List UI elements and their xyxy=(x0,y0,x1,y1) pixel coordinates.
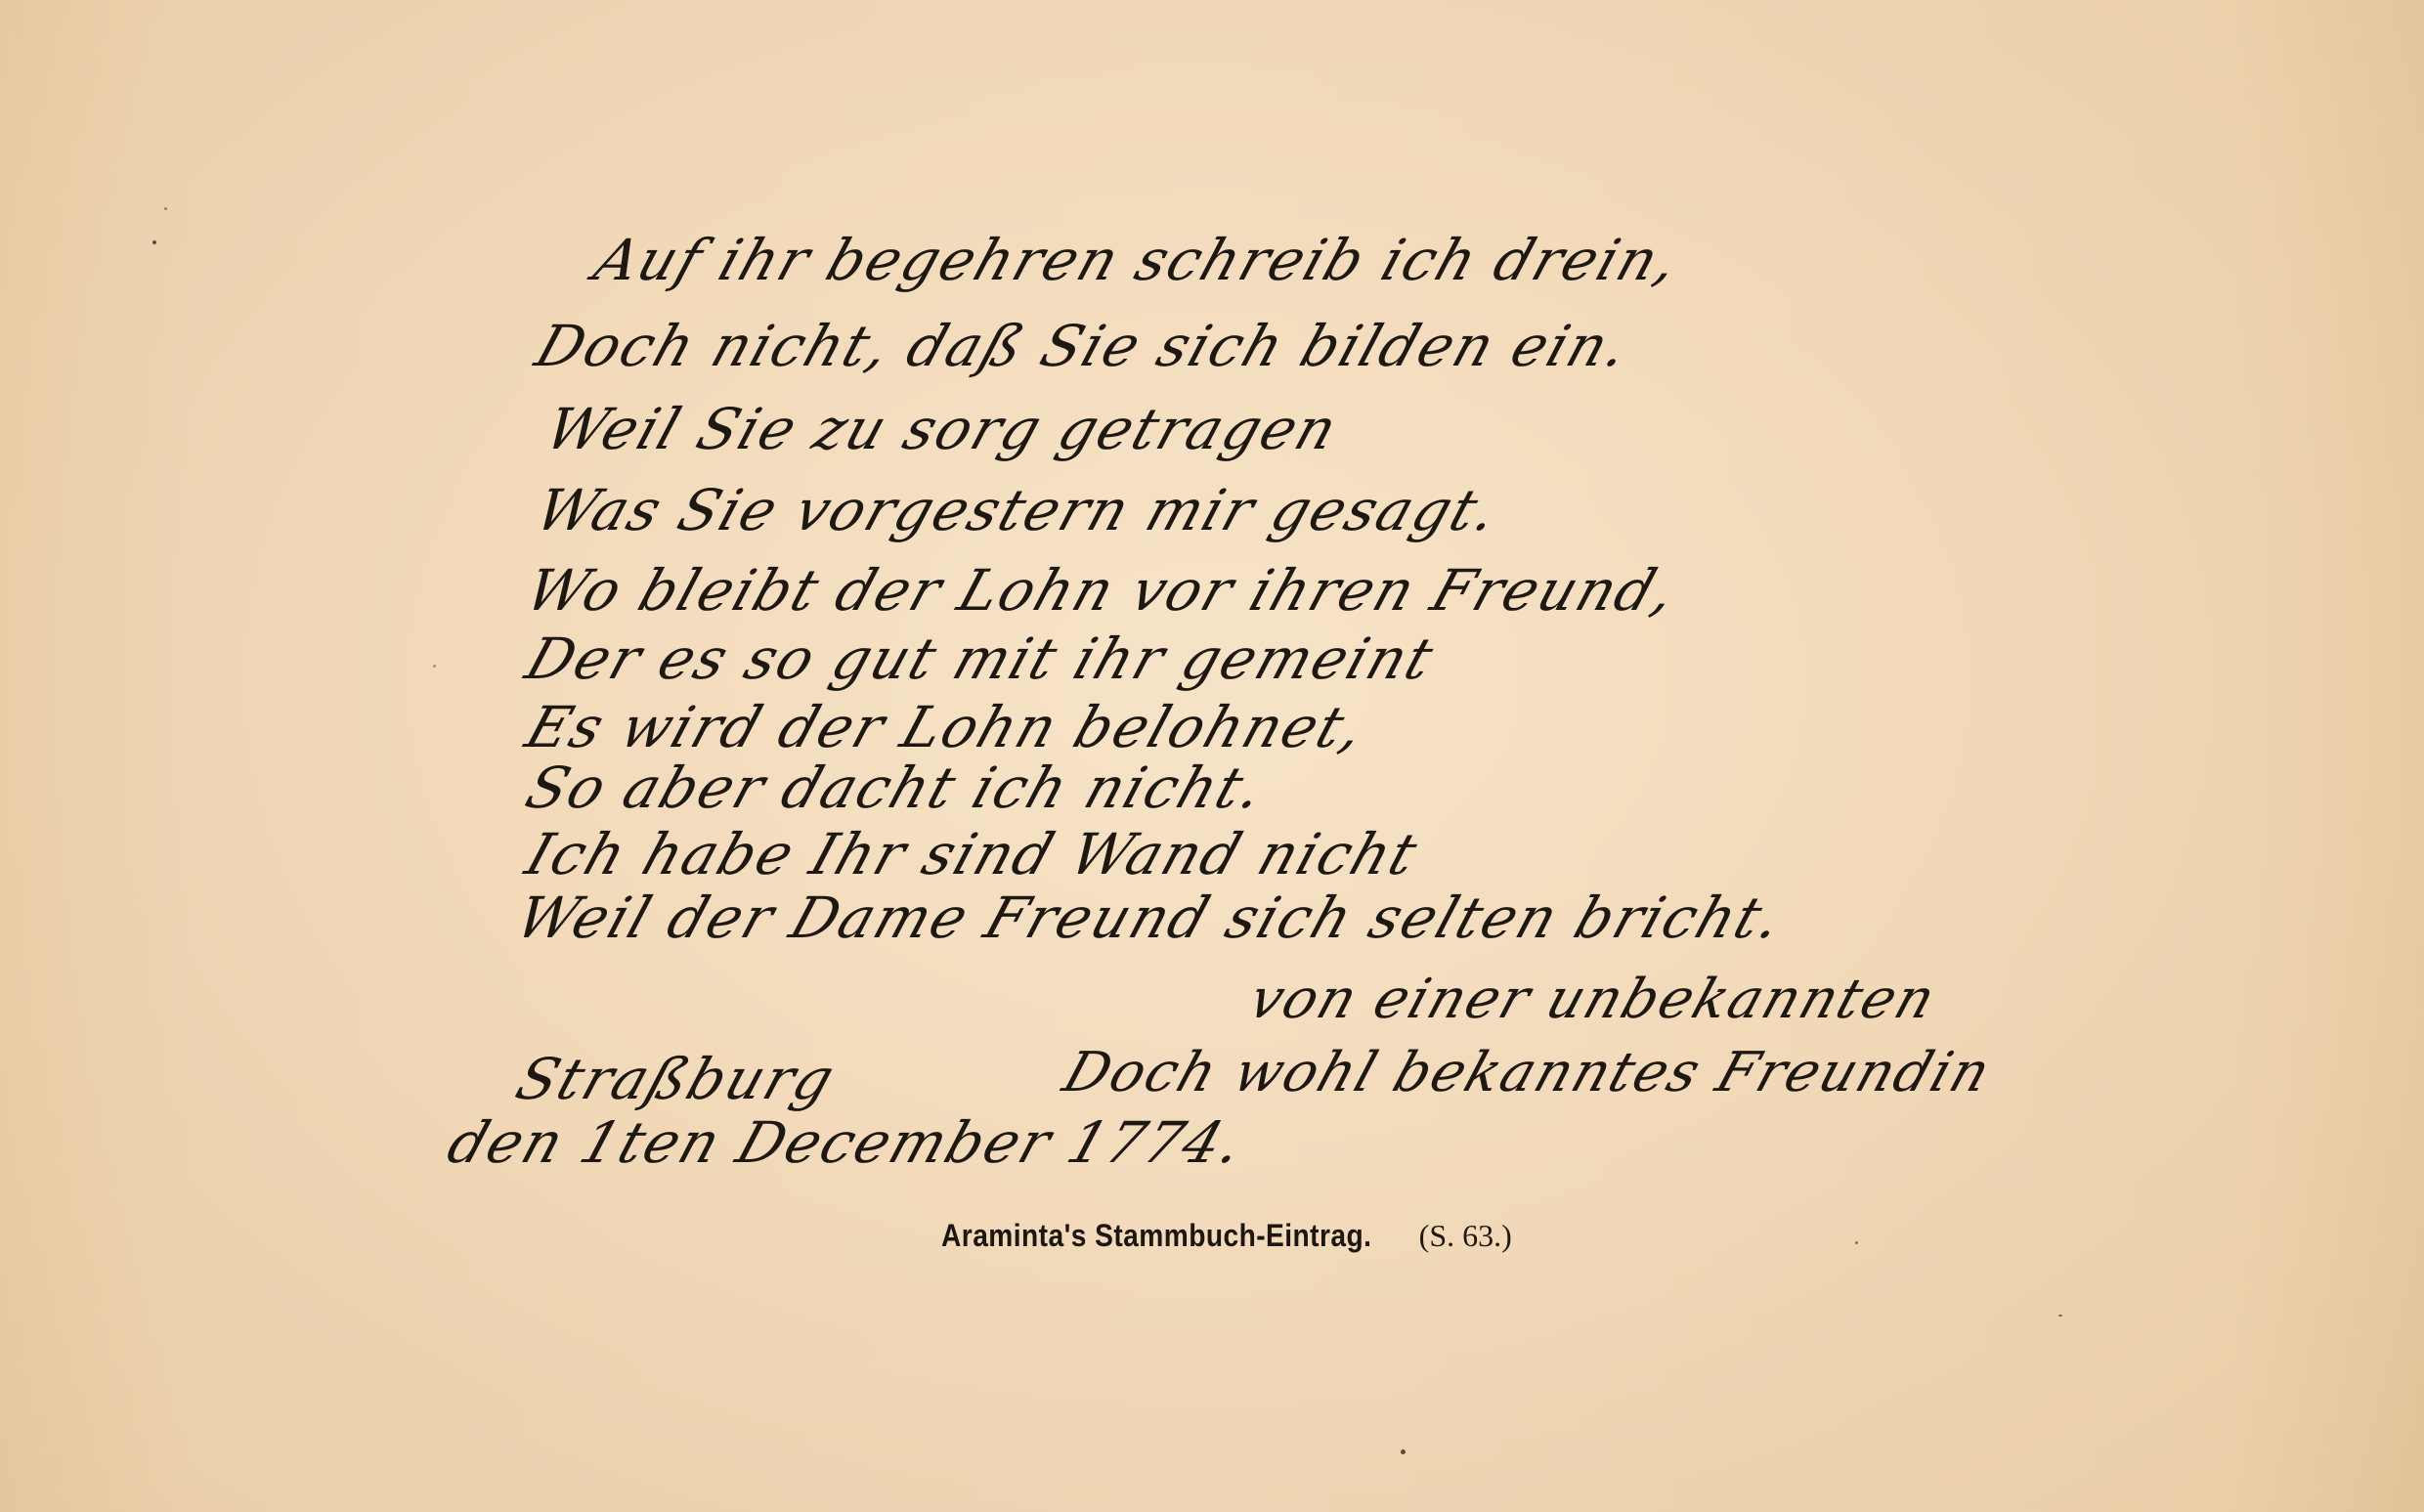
caption-title: Araminta's Stammbuch-Eintrag. xyxy=(941,1218,1371,1254)
poem-line-6: Der es so gut mit ihr gemeint xyxy=(518,626,1443,692)
paper-speck xyxy=(1401,1449,1406,1454)
paper-speck xyxy=(2058,1315,2062,1317)
poem-line-3: Weil Sie zu sorg getragen xyxy=(538,396,1347,462)
poem-line-9: Ich habe Ihr sind Wand nicht xyxy=(518,821,1427,887)
paper-speck xyxy=(164,207,167,210)
poem-line-7: Es wird der Lohn belohnet, xyxy=(518,694,1374,760)
poem-line-2: Doch nicht, daß Sie sich bilden ein. xyxy=(528,313,1638,379)
dateline-date: den 1ten December 1774. xyxy=(440,1109,1253,1176)
poem-line-1: Auf ihr begehren schreib ich drein, xyxy=(586,227,1689,293)
paper-speck xyxy=(152,240,156,244)
signature-line-2: Doch wohl bekanntes Freundin xyxy=(1056,1041,2000,1104)
poem-line-4: Was Sie vorgestern mir gesagt. xyxy=(528,477,1508,543)
caption-page-reference: (S. 63.) xyxy=(1419,1218,1512,1253)
figure-caption: Araminta's Stammbuch-Eintrag. (S. 63.) xyxy=(0,1218,2424,1254)
dateline-place: Straßburg xyxy=(508,1046,844,1112)
signature-line-1: von einer unbekannten xyxy=(1241,968,1944,1031)
poem-line-5: Wo bleibt der Lohn vor ihren Freund, xyxy=(518,557,1686,624)
poem-line-8: So aber dacht ich nicht. xyxy=(518,755,1274,821)
paper-speck xyxy=(433,665,436,668)
aged-paper-page: Auf ihr begehren schreib ich drein, Doch… xyxy=(0,0,2424,1512)
poem-line-10: Weil der Dame Freund sich selten bricht. xyxy=(508,885,1793,951)
